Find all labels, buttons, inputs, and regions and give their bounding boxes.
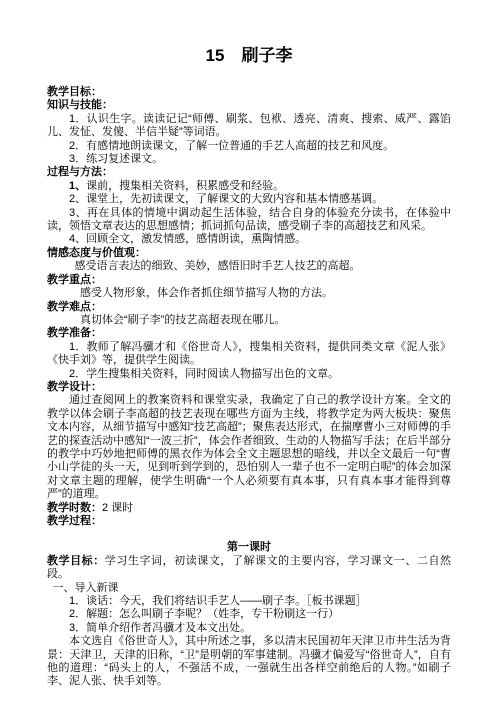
lesson1-item: 2．解题：怎么叫刷子李呢？（姓李，专干粉刷这一行） [47, 608, 451, 621]
lesson1-intro-paragraph: 本文选自《俗世奇人》，其中所述之事，多以清末民国初年天津卫市井生活为背景：天津卫… [47, 635, 451, 689]
process-item-text: 课前，搜集相关资料，积累感受和经验。 [86, 180, 284, 192]
process-item: 4、回顾全文，激发情感，感情朗读，熏陶情感。 [47, 233, 451, 246]
document-content: 15 刷子李 教学目标： 知识与技能： 1．认识生字。读读记记“师傅、刷浆、包袱… [0, 0, 496, 689]
heading-difficult-points: 教学难点： [47, 301, 451, 314]
difficult-points-body: 真切体会“刷子李”的技艺高超表现在哪儿。 [47, 314, 451, 327]
heading-emotion-values: 情感态度与价值观： [47, 247, 451, 260]
document-page: 15 刷子李 教学目标： 知识与技能： 1．认识生字。读读记记“师傅、刷浆、包袱… [0, 0, 496, 702]
design-body: 通过查阅网上的教案资料和课堂实录，我确定了自己的教学设计方案。全文的教学以体会刷… [47, 394, 451, 501]
knowledge-item: 1．认识生字。读读记记“师傅、刷浆、包袱、透亮、清爽、搜索、威严、露馅儿、发怔、… [47, 113, 451, 140]
process-item-number: 1、 [69, 180, 86, 192]
lesson1-item: 1．谈话：今天，我们将结识手艺人——刷子李。［板书课题］ [47, 595, 451, 608]
class-hours-label: 教学时数： [47, 502, 102, 514]
heading-knowledge-skills: 知识与技能： [47, 99, 451, 112]
lesson1-item: 3．简单介绍作者冯骥才及本文出处。 [47, 622, 451, 635]
lesson1-goal-text: 学习生字词，初读课文，了解课文的主要内容，学习课文一、二自然段。 [47, 555, 451, 580]
heading-teaching-goals: 教学目标： [47, 86, 451, 99]
heading-teaching-process: 教学过程： [47, 515, 451, 528]
emotion-values-body: 感受语言表达的细致、美妙，感悟旧时手艺人技艺的高超。 [47, 260, 451, 273]
heading-design: 教学设计： [47, 381, 451, 394]
lesson1-section1-heading: 一、导入新课 [47, 582, 451, 595]
class-hours-line: 教学时数：2 课时 [47, 502, 451, 515]
process-item: 2、课堂上，先初读课文，了解课文的大致内容和基本情感基调。 [47, 193, 451, 206]
lesson1-goal-line: 教学目标：学习生字词，初读课文，了解课文的主要内容，学习课文一、二自然段。 [47, 555, 451, 582]
process-item: 1、课前，搜集相关资料，积累感受和经验。 [47, 180, 451, 193]
knowledge-item: 3．练习复述课文。 [47, 153, 451, 166]
class-hours-value: 2 课时 [102, 502, 133, 514]
key-points-body: 感受人物形象，体会作者抓住细节描写人物的方法。 [47, 287, 451, 300]
lesson-title: 15 刷子李 [47, 46, 451, 66]
heading-process-methods: 过程与方法： [47, 166, 451, 179]
lesson1-heading: 第一课时 [47, 541, 451, 554]
heading-key-points: 教学重点： [47, 274, 451, 287]
lesson1-goal-label: 教学目标： [47, 555, 105, 567]
process-item: 3、再在具体的情境中调动起生活体验，结合自身的体验充分读书，在体验中读，领悟文章… [47, 207, 451, 234]
preparation-item: 2．学生搜集相关资料，同时阅读人物描写出色的文章。 [47, 368, 451, 381]
preparation-item: 1．教师了解冯骥才和《俗世奇人》，搜集相关资料，提供同类文章《泥人张》《快手刘》… [47, 341, 451, 368]
knowledge-item: 2．有感情地朗读课文，了解一位普通的手艺人高超的技艺和风度。 [47, 140, 451, 153]
heading-preparation: 教学准备： [47, 327, 451, 340]
